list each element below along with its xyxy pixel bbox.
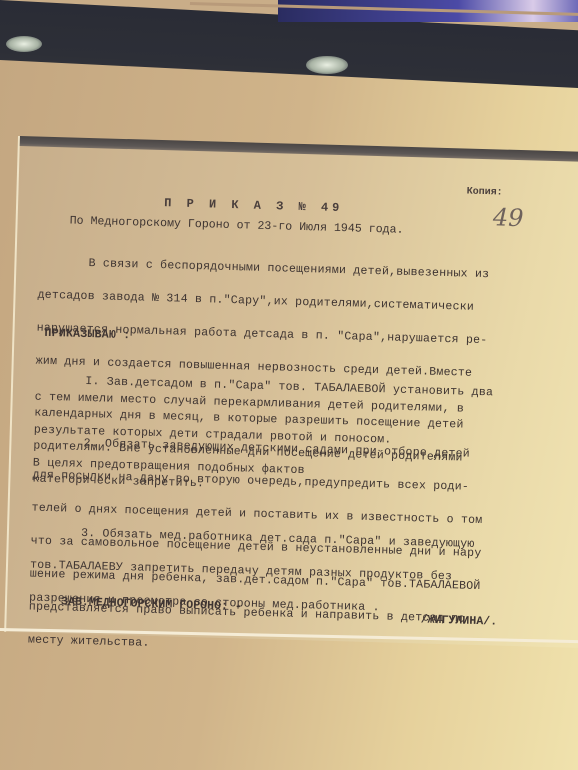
copy-label: Копия:: [466, 187, 502, 199]
text-line: I. Зав.детсадом в п."Сара" тов. ТАБАЛАЕВ…: [35, 375, 493, 399]
handwritten-number: 49: [493, 203, 524, 232]
document-sheet: Копия: 49 П Р И К А З № 49 По Медногорск…: [4, 136, 578, 648]
text-line: для посылки на дачу во вторую очередь,пр…: [32, 470, 483, 494]
text-line: 2. Обязать заведующих детскими садами пр…: [33, 437, 484, 461]
text-line: тов.ТАБАЛАЕВУ запретить передачу детям р…: [30, 560, 474, 583]
text-line: В связи с беспорядочными посещениями дет…: [38, 257, 489, 281]
order-heading: ПРИКАЗЫВАЮ :: [44, 328, 130, 341]
document-subtitle: По Медногорскому Гороно от 23-го Июля 19…: [69, 214, 403, 236]
text-line: детсадов завода № 314 в п."Сару",их роди…: [37, 290, 488, 314]
document-title: П Р И К А З № 49: [164, 196, 344, 215]
signature-name: /ЖИГУЛИНА/.: [420, 613, 497, 628]
ceiling-lamp: [306, 56, 348, 74]
ceiling-lamp: [6, 36, 42, 52]
order-item-3: 3. Обязать мед.работника дет.сада п."Сар…: [28, 505, 475, 638]
text-line: 3. Обязать мед.работника дет.сада п."Сар…: [31, 527, 475, 550]
